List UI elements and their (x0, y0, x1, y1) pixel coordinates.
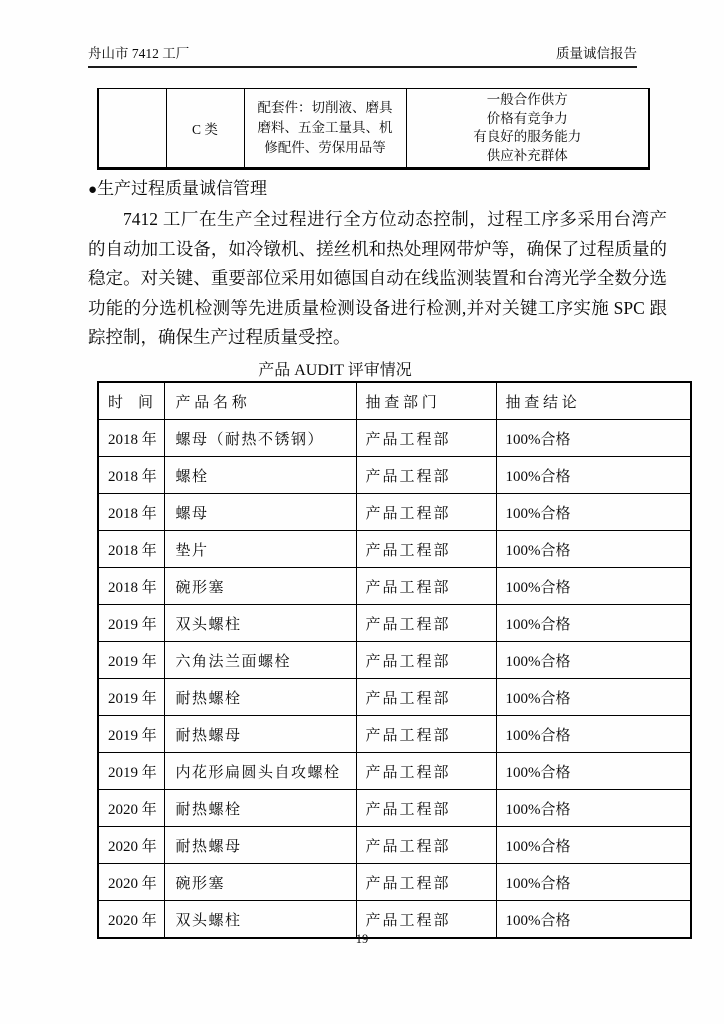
col-header-dept: 抽 查 部 门 (356, 382, 496, 420)
supplier-blank-cell (98, 89, 166, 169)
audit-product: 双头螺柱 (164, 605, 356, 642)
audit-result: 100%合格 (496, 753, 691, 790)
audit-dept: 产品工程部 (356, 420, 496, 457)
document-page: 舟山市 7412 工厂 质量诚信报告 C 类 配套件：切削液、磨具磨料、五金工量… (0, 0, 724, 1024)
supplier-category-cell: C 类 (166, 89, 244, 169)
audit-product: 螺母 (164, 494, 356, 531)
section-heading-text: 生产过程质量诚信管理 (97, 179, 267, 198)
audit-dept: 产品工程部 (356, 568, 496, 605)
audit-product: 垫片 (164, 531, 356, 568)
table-row: 2018 年 螺母（耐热不锈钢） 产品工程部 100%合格 (98, 420, 691, 457)
audit-dept: 产品工程部 (356, 716, 496, 753)
table-row: 2019 年 六角法兰面螺栓 产品工程部 100%合格 (98, 642, 691, 679)
table-row: 2018 年 碗形塞 产品工程部 100%合格 (98, 568, 691, 605)
table-row: 2018 年 垫片 产品工程部 100%合格 (98, 531, 691, 568)
header-factory-title: 舟山市 7412 工厂 (88, 44, 189, 64)
supplier-classification-table: C 类 配套件：切削液、磨具磨料、五金工量具、机修配件、劳保用品等 一般合作供方… (97, 88, 650, 170)
audit-dept: 产品工程部 (356, 494, 496, 531)
evaluation-line: 价格有竞争力 (407, 110, 649, 129)
audit-year: 2019 年 (98, 605, 164, 642)
audit-result: 100%合格 (496, 827, 691, 864)
header-rule (88, 66, 637, 68)
table-row: 2020 年 耐热螺母 产品工程部 100%合格 (98, 827, 691, 864)
audit-year: 2018 年 (98, 494, 164, 531)
audit-product: 耐热螺栓 (164, 679, 356, 716)
table-header-row: 时 间 产 品 名 称 抽 查 部 门 抽 查 结 论 (98, 382, 691, 420)
table-row: 2020 年 碗形塞 产品工程部 100%合格 (98, 864, 691, 901)
audit-result: 100%合格 (496, 790, 691, 827)
audit-product: 耐热螺栓 (164, 790, 356, 827)
audit-result: 100%合格 (496, 420, 691, 457)
audit-table-title: 产品 AUDIT 评审情况 (88, 360, 667, 382)
audit-product: 耐热螺母 (164, 827, 356, 864)
audit-year: 2019 年 (98, 642, 164, 679)
page-number: 19 (0, 932, 724, 947)
section-heading: ●生产过程质量诚信管理 (88, 176, 667, 203)
audit-product: 内花形扁圆头自攻螺栓 (164, 753, 356, 790)
audit-result: 100%合格 (496, 642, 691, 679)
col-header-result: 抽 查 结 论 (496, 382, 691, 420)
audit-year: 2018 年 (98, 531, 164, 568)
audit-year: 2020 年 (98, 827, 164, 864)
audit-product: 螺栓 (164, 457, 356, 494)
audit-result: 100%合格 (496, 494, 691, 531)
evaluation-line: 有良好的服务能力 (407, 128, 649, 147)
body-paragraph: 7412 工厂在生产全过程进行全方位动态控制，过程工序多采用台湾产的自动加工设备… (88, 205, 667, 353)
audit-result: 100%合格 (496, 864, 691, 901)
audit-result: 100%合格 (496, 531, 691, 568)
audit-dept: 产品工程部 (356, 642, 496, 679)
audit-year: 2018 年 (98, 568, 164, 605)
audit-dept: 产品工程部 (356, 753, 496, 790)
audit-result: 100%合格 (496, 716, 691, 753)
audit-year: 2018 年 (98, 457, 164, 494)
audit-product: 碗形塞 (164, 568, 356, 605)
audit-dept: 产品工程部 (356, 790, 496, 827)
col-header-time: 时 间 (98, 382, 164, 420)
audit-product: 六角法兰面螺栓 (164, 642, 356, 679)
header-report-title: 质量诚信报告 (556, 44, 637, 64)
supplier-items-cell: 配套件：切削液、磨具磨料、五金工量具、机修配件、劳保用品等 (244, 89, 406, 169)
audit-dept: 产品工程部 (356, 605, 496, 642)
audit-year: 2020 年 (98, 864, 164, 901)
audit-result: 100%合格 (496, 605, 691, 642)
table-row: 2019 年 耐热螺母 产品工程部 100%合格 (98, 716, 691, 753)
table-row: 2018 年 螺栓 产品工程部 100%合格 (98, 457, 691, 494)
audit-dept: 产品工程部 (356, 457, 496, 494)
audit-dept: 产品工程部 (356, 679, 496, 716)
table-row: 2019 年 双头螺柱 产品工程部 100%合格 (98, 605, 691, 642)
table-row: C 类 配套件：切削液、磨具磨料、五金工量具、机修配件、劳保用品等 一般合作供方… (98, 89, 649, 169)
audit-dept: 产品工程部 (356, 531, 496, 568)
audit-year: 2018 年 (98, 420, 164, 457)
table-row: 2018 年 螺母 产品工程部 100%合格 (98, 494, 691, 531)
audit-year: 2019 年 (98, 716, 164, 753)
audit-year: 2019 年 (98, 679, 164, 716)
page-header: 舟山市 7412 工厂 质量诚信报告 (88, 44, 637, 64)
evaluation-line: 一般合作供方 (407, 91, 649, 110)
table-row: 2020 年 耐热螺栓 产品工程部 100%合格 (98, 790, 691, 827)
audit-result: 100%合格 (496, 568, 691, 605)
audit-product: 碗形塞 (164, 864, 356, 901)
bullet-icon: ● (88, 182, 97, 198)
audit-result: 100%合格 (496, 457, 691, 494)
audit-year: 2019 年 (98, 753, 164, 790)
audit-product: 耐热螺母 (164, 716, 356, 753)
audit-year: 2020 年 (98, 790, 164, 827)
audit-dept: 产品工程部 (356, 864, 496, 901)
supplier-evaluation-cell: 一般合作供方 价格有竞争力 有良好的服务能力 供应补充群体 (406, 89, 649, 169)
audit-result: 100%合格 (496, 679, 691, 716)
audit-table: 时 间 产 品 名 称 抽 查 部 门 抽 查 结 论 2018 年 螺母（耐热… (97, 381, 692, 939)
table-row: 2019 年 耐热螺栓 产品工程部 100%合格 (98, 679, 691, 716)
audit-product: 螺母（耐热不锈钢） (164, 420, 356, 457)
evaluation-line: 供应补充群体 (407, 147, 649, 166)
audit-dept: 产品工程部 (356, 827, 496, 864)
table-row: 2019 年 内花形扁圆头自攻螺栓 产品工程部 100%合格 (98, 753, 691, 790)
col-header-product: 产 品 名 称 (164, 382, 356, 420)
